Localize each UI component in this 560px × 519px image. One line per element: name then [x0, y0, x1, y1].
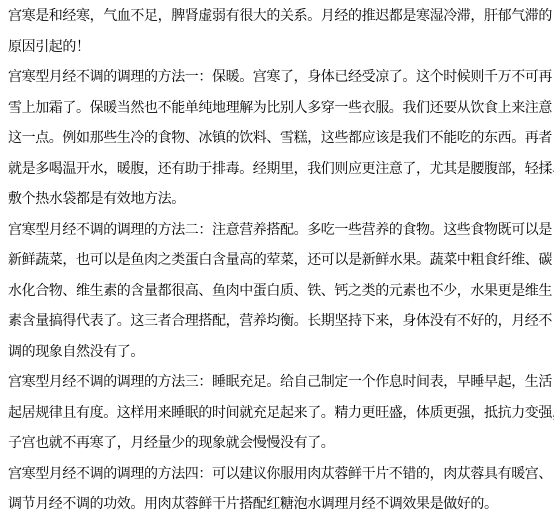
paragraph-method-4: 宫寒型月经不调的调理的方法四：可以建议你服用肉苁蓉鲜干片不错的，肉苁蓉具有暖宫、… [8, 458, 554, 519]
text-line: 宫寒是和经寒，气血不足，脾肾虚弱有很大的关系。月经的推迟都是寒湿冷滞，肝郁气滞的 [8, 0, 554, 31]
text-line: 宫寒型月经不调的调理的方法四：可以建议你服用肉苁蓉鲜干片不错的，肉苁蓉具有暖宫、 [8, 458, 554, 489]
text-line: 调的现象自然没有了。 [8, 336, 554, 367]
paragraph-intro: 宫寒是和经寒，气血不足，脾肾虚弱有很大的关系。月经的推迟都是寒湿冷滞，肝郁气滞的… [8, 0, 554, 61]
text-line: 就是多喝温开水，暖腹，还有助于排毒。经期里，我们则应更注意了，尤其是腰腹部，轻揉… [8, 153, 554, 184]
text-line: 子宫也就不再寒了，月经量少的现象就会慢慢没有了。 [8, 427, 554, 458]
page: { "page": { "background_color": "#ffffff… [0, 0, 560, 519]
text-line: 宫寒型月经不调的调理的方法三：睡眠充足。给自己制定一个作息时间表，早睡早起，生活 [8, 366, 554, 397]
text-line: 调节月经不调的功效。用肉苁蓉鲜干片搭配红糖泡水调理月经不调效果是做好的。 [8, 488, 554, 519]
text-line: 新鲜蔬菜，也可以是鱼肉之类蛋白含量高的荤菜，还可以是新鲜水果。蔬菜中粗食纤维、碳 [8, 244, 554, 275]
text-line: 水化合物、维生素的含量都很高、鱼肉中蛋白质、铁、钙之类的元素也不少，水果更是维生 [8, 275, 554, 306]
paragraph-method-2: 宫寒型月经不调的调理的方法二：注意营养搭配。多吃一些营养的食物。这些食物既可以是… [8, 214, 554, 367]
text-line: 起居规律且有度。这样用来睡眠的时间就充足起来了。精力更旺盛，体质更强，抵抗力变强… [8, 397, 554, 428]
text-line: 原因引起的！ [8, 31, 554, 62]
text-line: 宫寒型月经不调的调理的方法一：保暖。宫寒了，身体已经受凉了。这个时候则千万不可再 [8, 61, 554, 92]
paragraph-method-1: 宫寒型月经不调的调理的方法一：保暖。宫寒了，身体已经受凉了。这个时候则千万不可再… [8, 61, 554, 214]
article-body: 宫寒是和经寒，气血不足，脾肾虚弱有很大的关系。月经的推迟都是寒湿冷滞，肝郁气滞的… [0, 0, 560, 519]
text-line: 素含量搞得代表了。这三者合理搭配，营养均衡。长期坚持下来，身体没有不好的，月经不 [8, 305, 554, 336]
paragraph-method-3: 宫寒型月经不调的调理的方法三：睡眠充足。给自己制定一个作息时间表，早睡早起，生活… [8, 366, 554, 458]
text-line: 宫寒型月经不调的调理的方法二：注意营养搭配。多吃一些营养的食物。这些食物既可以是 [8, 214, 554, 245]
text-line: 雪上加霜了。保暖当然也不能单纯地理解为比别人多穿一些衣服。我们还要从饮食上来注意 [8, 92, 554, 123]
text-line: 敷个热水袋都是有效地方法。 [8, 183, 554, 214]
text-line: 这一点。例如那些生冷的食物、冰镇的饮料、雪糕，这些都应该是我们不能吃的东西。再者 [8, 122, 554, 153]
